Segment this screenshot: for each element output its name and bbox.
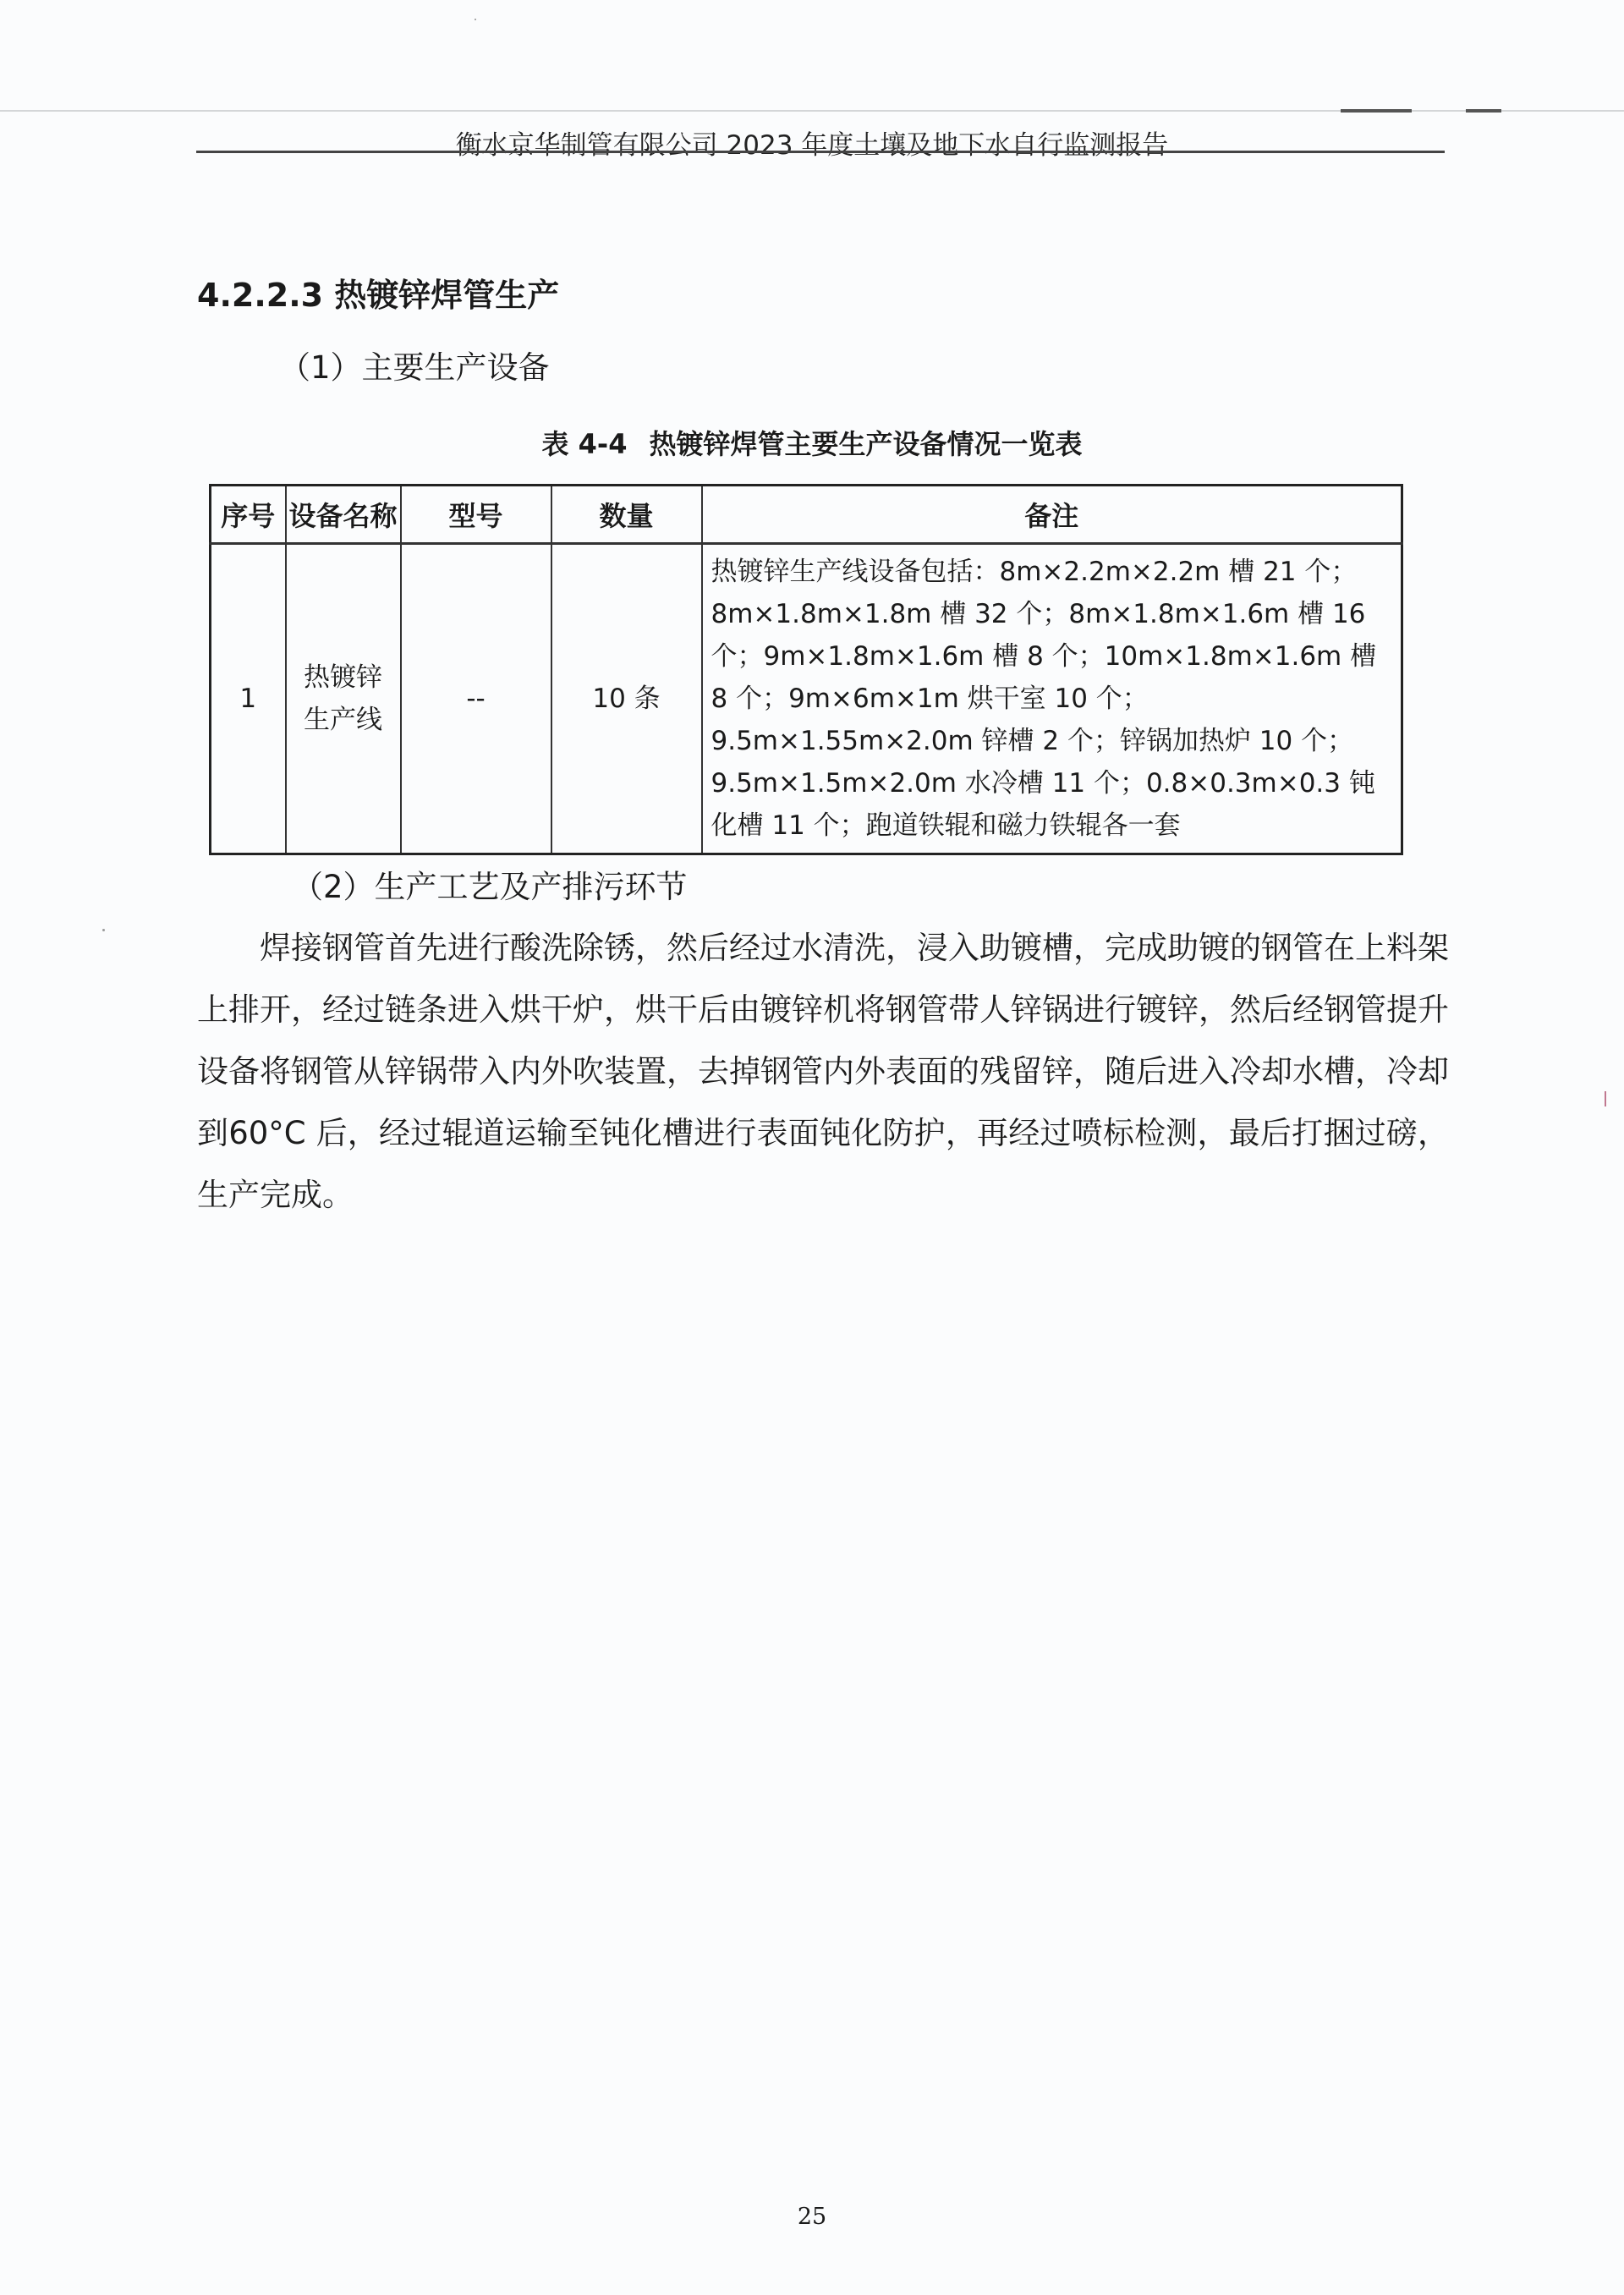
top-rule-mark: [1466, 109, 1501, 113]
table-caption-number: 表 4-4: [542, 428, 628, 460]
table-caption: 表 4-4热镀锌焊管主要生产设备情况一览表: [0, 423, 1624, 462]
subsection-heading-equipment: （1）主要生产设备: [279, 342, 550, 387]
cell-remarks: 热镀锌生产线设备包括：8m×2.2m×2.2m 槽 21 个；8m×1.8m×1…: [702, 544, 1402, 854]
header-rule: [196, 151, 1445, 153]
table-caption-title: 热镀锌焊管主要生产设备情况一览表: [649, 428, 1082, 460]
section-heading: 4.2.2.3 热镀锌焊管生产: [197, 269, 559, 316]
process-description-paragraph: 焊接钢管首先进行酸洗除锈，然后经过水清洗，浸入助镀槽，完成助镀的钢管在上料架上排…: [197, 917, 1449, 1226]
column-header-remarks: 备注: [702, 486, 1402, 544]
subsection-heading-process: （2）生产工艺及产排污环节: [292, 861, 688, 907]
scan-speck: [102, 929, 105, 931]
column-header-model: 型号: [401, 486, 551, 544]
cell-index: 1: [211, 544, 286, 854]
page-number: 25: [0, 2204, 1624, 2230]
scan-speck: [475, 19, 476, 20]
margin-scan-mark: [1605, 1091, 1606, 1106]
column-header-name: 设备名称: [286, 486, 401, 544]
table-header-row: 序号 设备名称 型号 数量 备注: [211, 486, 1402, 544]
column-header-quantity: 数量: [551, 486, 702, 544]
column-header-index: 序号: [211, 486, 286, 544]
equipment-table: 序号 设备名称 型号 数量 备注 1 热镀锌生产线 -- 10 条 热镀锌生产线…: [209, 484, 1403, 855]
running-header-title: 衡水京华制管有限公司 2023 年度土壤及地下水自行监测报告: [0, 124, 1624, 162]
cell-quantity: 10 条: [551, 544, 702, 854]
top-rule-mark: [1341, 109, 1412, 113]
table-row: 1 热镀锌生产线 -- 10 条 热镀锌生产线设备包括：8m×2.2m×2.2m…: [211, 544, 1402, 854]
cell-model: --: [401, 544, 551, 854]
cell-name: 热镀锌生产线: [286, 544, 401, 854]
